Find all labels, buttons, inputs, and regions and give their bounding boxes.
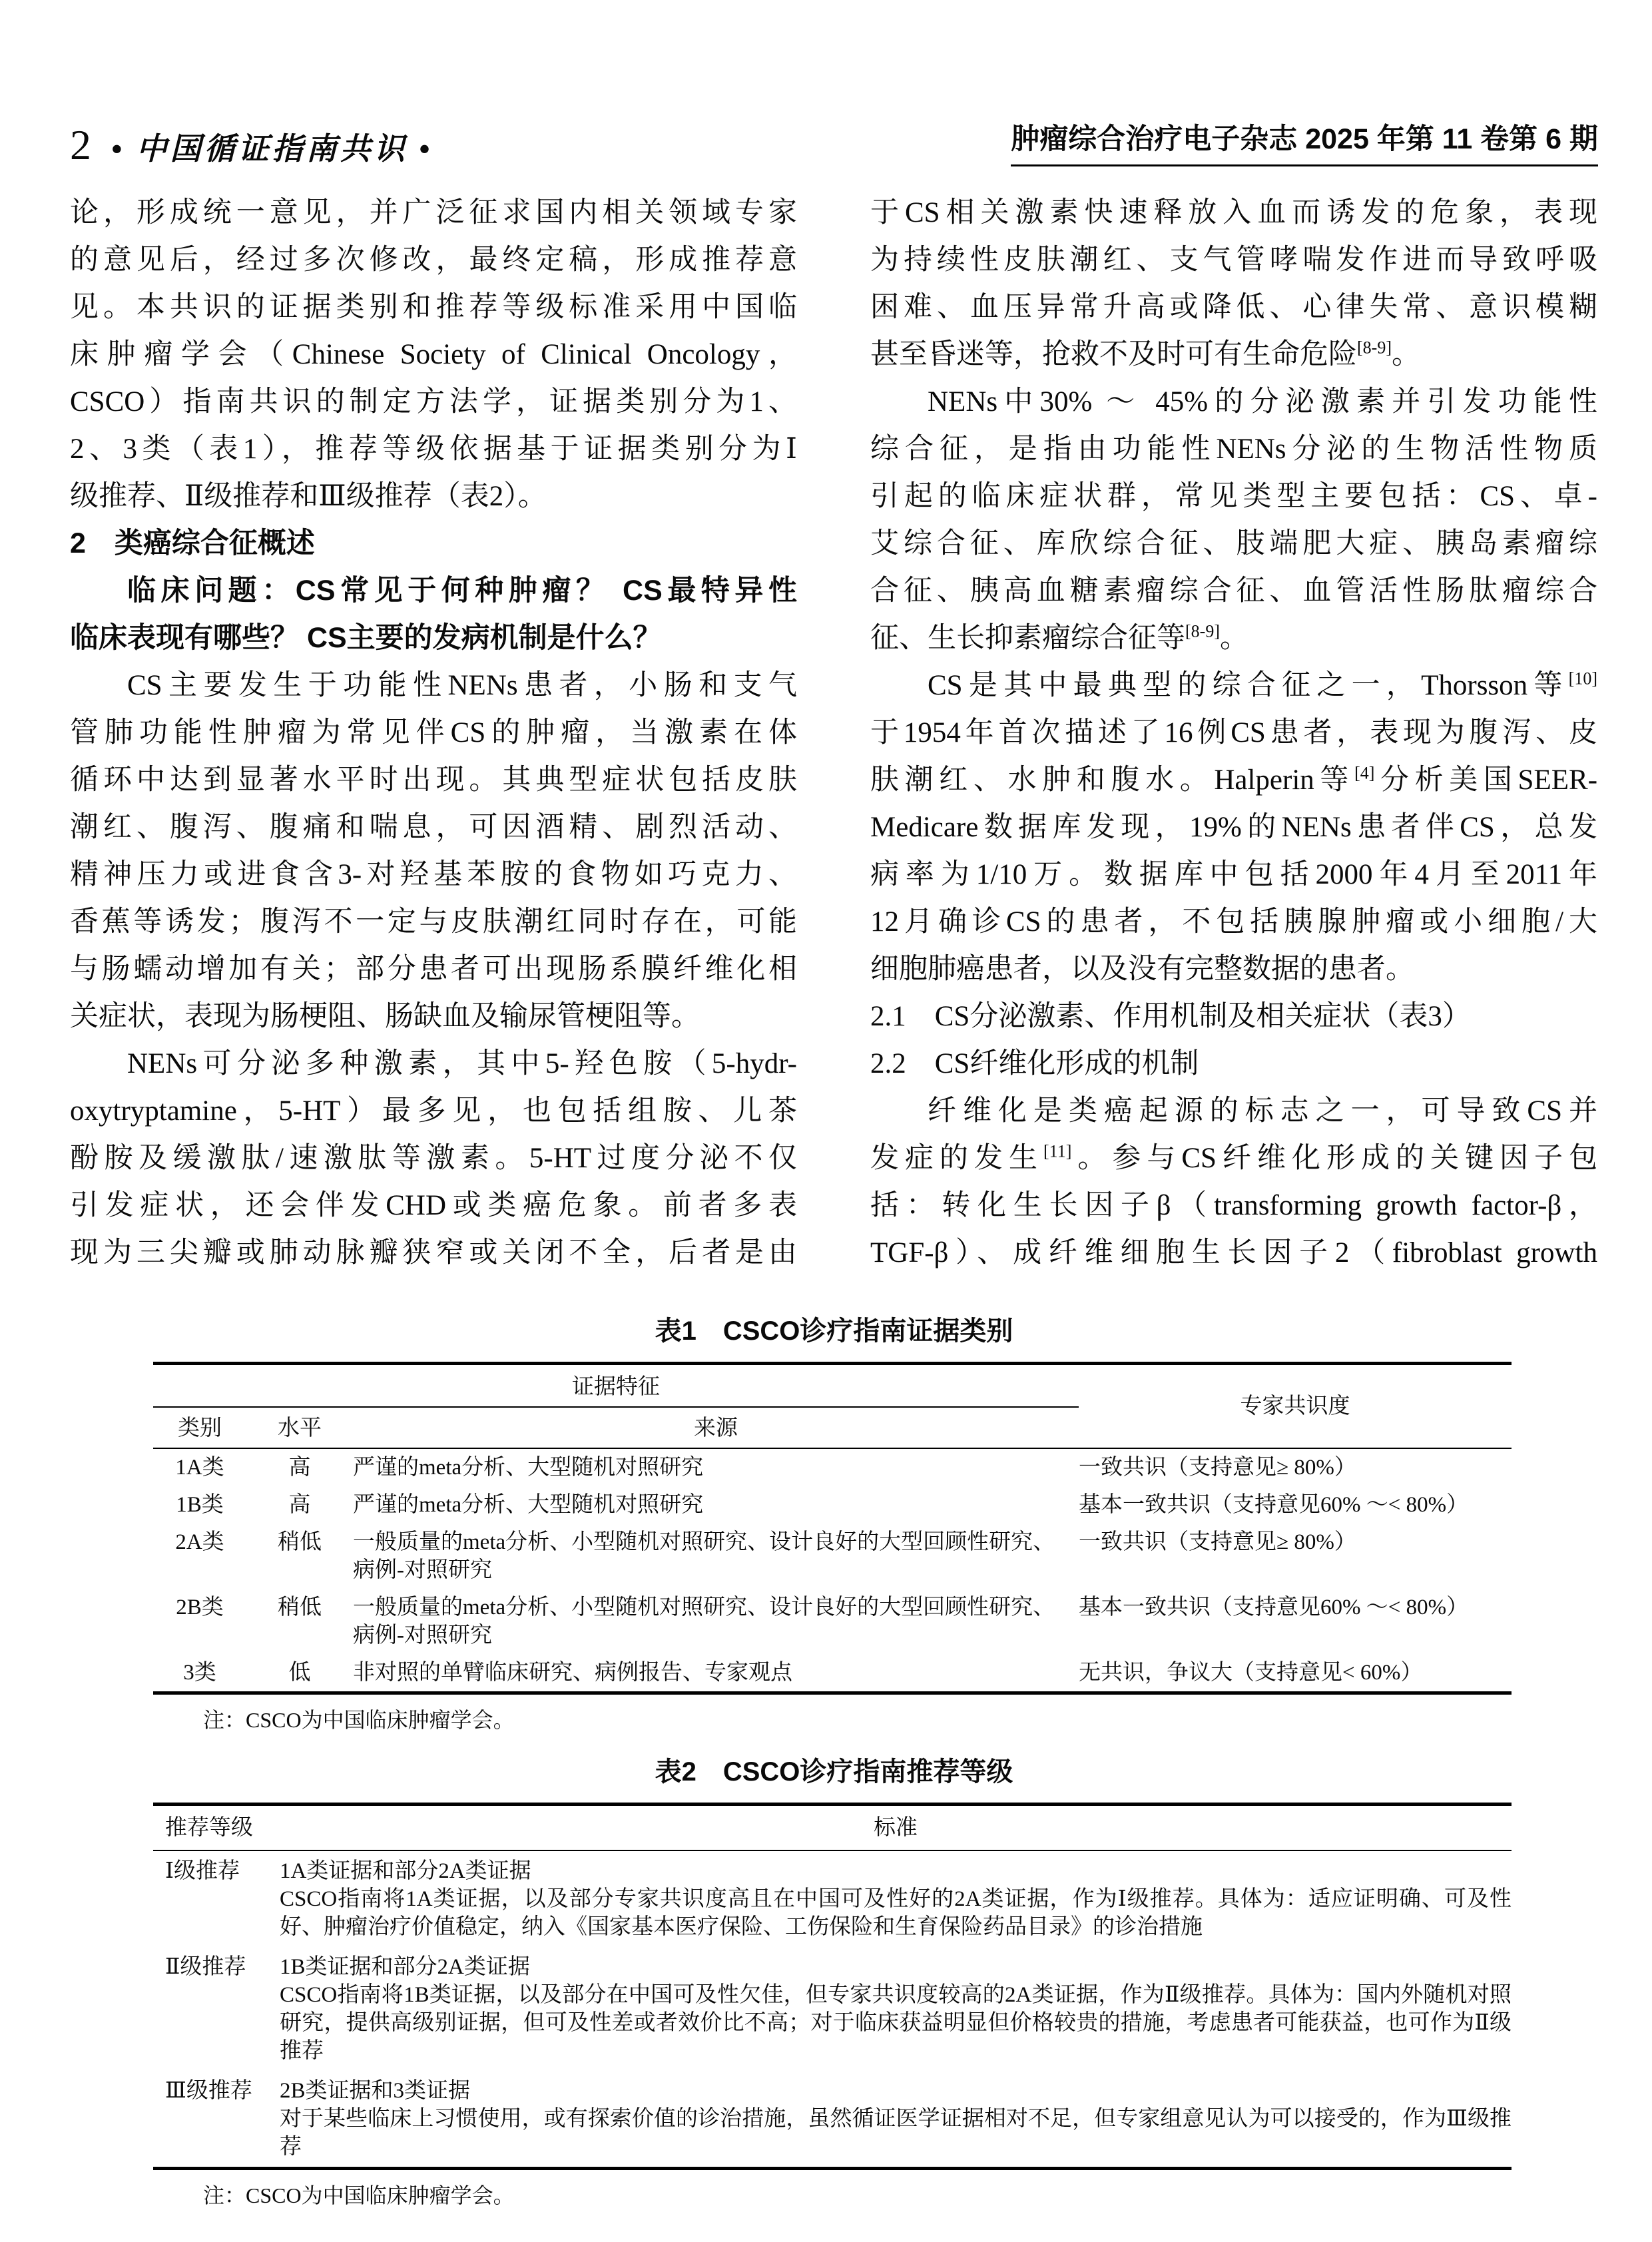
table-row: 3类 低 非对照的单臂临床研究、病例报告、专家观点 无共识，争议大（支持意见< … (153, 1654, 1512, 1691)
cell-source: 严谨的meta分析、大型随机对照研究 (353, 1454, 1079, 1482)
body-line: 为持续性皮肤潮红、支气管哮喘发作进而导致呼吸 (870, 236, 1597, 284)
cell-category: 1B类 (153, 1491, 246, 1519)
body-line: 于CS相关激素快速释放入血而诱发的危象，表现 (870, 189, 1597, 236)
line-text: 肤潮红、水肿和腹水。Halperin等 (870, 764, 1354, 796)
body-line: 发症的发生[11]。参与CS纤维化形成的关键因子包 (870, 1135, 1597, 1182)
body-line: 12月确诊CS的患者，不包括胰腺肿瘤或小细胞/大 (870, 898, 1597, 946)
cell-standard: 1A类证据和部分2A类证据 CSCO指南将1A类证据，以及部分专家共识度高且在中… (280, 1857, 1512, 1941)
reference-marker: [8-9] (1185, 622, 1220, 641)
column-header-grade: 推荐等级 (153, 1814, 280, 1842)
body-line: 见。本共识的证据类别和推荐等级标准采用中国临 (70, 284, 797, 331)
table1-header: 证据特征 类别 水平 来源 专家共识度 (153, 1365, 1512, 1449)
table1-subheader: 类别 水平 来源 (153, 1408, 1079, 1448)
table1-note: 注：CSCO为中国临床肿瘤学会。 (203, 1707, 1598, 1733)
line-text: CS是其中最典型的综合征之一，Thorsson等 (928, 670, 1569, 701)
table2-header: 推荐等级 标准 (153, 1806, 1512, 1851)
line-text: 发症的发生 (870, 1143, 1043, 1174)
body-line: 病率为1/10万。数据库中包括2000年4月至2011年 (870, 851, 1597, 898)
reference-marker: [10] (1569, 669, 1597, 689)
body-line: 细胞肺癌患者，以及没有完整数据的患者。 (870, 946, 1597, 993)
line-text: 。 (1220, 623, 1248, 654)
line-text: 甚至昏迷等，抢救不及时可有生命危险 (870, 339, 1357, 370)
body-line: 征、生长抑素瘤综合征等[8-9]。 (870, 615, 1597, 662)
column-header-standard: 标准 (280, 1814, 1512, 1842)
column-header-consensus: 专家共识度 (1079, 1365, 1512, 1448)
cell-source: 严谨的meta分析、大型随机对照研究 (353, 1491, 1079, 1519)
column-header-source: 来源 (353, 1414, 1079, 1442)
standard-evidence-line: 1B类证据和部分2A类证据 (280, 1953, 1512, 1981)
body-line: 精神压力或进食含3-对羟基苯胺的食物如巧克力、 (70, 851, 797, 898)
body-line: 潮红、腹泻、腹痛和喘息，可因酒精、剧烈活动、 (70, 804, 797, 851)
reference-marker: [4] (1354, 764, 1374, 783)
body-line: 于1954年首次描述了16例CS患者，表现为腹泻、皮 (870, 709, 1597, 756)
cell-standard: 1B类证据和部分2A类证据 CSCO指南将1B类证据，以及部分在中国可及性欠佳，… (280, 1953, 1512, 2065)
body-line: 论，形成统一意见，并广泛征求国内相关领域专家 (70, 189, 797, 236)
body-line: 床肿瘤学会（Chinese Society of Clinical Oncolo… (70, 331, 797, 378)
table2-note: 注：CSCO为中国临床肿瘤学会。 (203, 2182, 1598, 2209)
column-header-evidence-feature: 证据特征 (153, 1365, 1079, 1408)
table1: 证据特征 类别 水平 来源 专家共识度 1A类 高 严谨的meta分析、大型随机… (153, 1362, 1512, 1695)
body-line: CSCO）指南共识的制定方法学，证据类别分为1、 (70, 378, 797, 425)
table-row: 1B类 高 严谨的meta分析、大型随机对照研究 基本一致共识（支持意见60% … (153, 1486, 1512, 1524)
cell-grade: Ⅱ级推荐 (153, 1953, 280, 2065)
table-row: Ⅲ级推荐 2B类证据和3类证据 对于某些临床上习惯使用，或有探索价值的诊治措施，… (153, 2071, 1512, 2167)
body-line: 关症状，表现为肠梗阻、肠缺血及输尿管梗阻等。 (70, 993, 797, 1040)
cell-grade: Ⅰ级推荐 (153, 1857, 280, 1941)
cell-category: 1A类 (153, 1454, 246, 1482)
table1-title: 表1 CSCO诊疗指南证据类别 (70, 1315, 1598, 1347)
line-text: 。参与CS纤维化形成的关键因子包 (1071, 1143, 1597, 1174)
subsection-heading: 2.2 CS纤维化形成的机制 (870, 1040, 1597, 1087)
column-header-category: 类别 (153, 1414, 246, 1442)
line-text: 征、生长抑素瘤综合征等 (870, 623, 1185, 654)
standard-evidence-line: 2B类证据和3类证据 (280, 2077, 1512, 2105)
cell-level: 高 (246, 1491, 353, 1519)
body-line: 综合征，是指由功能性NENs分泌的生物活性物质 (870, 425, 1597, 473)
body-line: NENs可分泌多种激素，其中5-羟色胺（5-hydr- (70, 1040, 797, 1087)
running-title: • 中国循证指南共识 • (111, 134, 433, 164)
body-line: 纤维化是类癌起源的标志之一，可导致CS并 (870, 1087, 1597, 1135)
table1-evidence-group: 证据特征 类别 水平 来源 (153, 1365, 1079, 1448)
body-line: 引发症状，还会伴发CHD或类癌危象。前者多表 (70, 1182, 797, 1229)
body-line: 引起的临床症状群，常见类型主要包括：CS、卓- (870, 473, 1597, 520)
body-line: 2、3类（表1），推荐等级依据基于证据类别分为Ⅰ (70, 425, 797, 473)
body-line: 困难、血压异常升高或降低、心律失常、意识模糊 (870, 284, 1597, 331)
text-column-left: 论，形成统一意见，并广泛征求国内相关领域专家 的意见后，经过多次修改，最终定稿，… (70, 189, 797, 1276)
standard-evidence-line: 1A类证据和部分2A类证据 (280, 1857, 1512, 1885)
body-line: 括：转化生长因子β（transforming growth factor-β， (870, 1182, 1597, 1229)
cell-consensus: 无共识，争议大（支持意见< 60%） (1079, 1659, 1512, 1687)
reference-marker: [8-9] (1357, 338, 1392, 358)
body-line: 循环中达到显著水平时出现。其典型症状包括皮肤 (70, 756, 797, 804)
cell-level: 高 (246, 1454, 353, 1482)
column-header-level: 水平 (246, 1414, 353, 1442)
clinical-question-line: 临床问题：CS常见于何种肿瘤？ CS最特异性 (70, 567, 797, 615)
table-row: Ⅰ级推荐 1A类证据和部分2A类证据 CSCO指南将1A类证据，以及部分专家共识… (153, 1851, 1512, 1947)
table-row: Ⅱ级推荐 1B类证据和部分2A类证据 CSCO指南将1B类证据，以及部分在中国可… (153, 1947, 1512, 2071)
body-line: 与肠蠕动增加有关；部分患者可出现肠系膜纤维化相 (70, 946, 797, 993)
body-line: CS主要发生于功能性NENs患者，小肠和支气 (70, 662, 797, 709)
cell-level: 低 (246, 1659, 353, 1687)
body-line: CS是其中最典型的综合征之一，Thorsson等[10] (870, 662, 1597, 709)
standard-description: CSCO指南将1B类证据，以及部分在中国可及性欠佳，但专家共识度较高的2A类证据… (280, 1981, 1512, 2065)
body-columns: 论，形成统一意见，并广泛征求国内相关领域专家 的意见后，经过多次修改，最终定稿，… (70, 189, 1598, 1276)
body-line: 合征、胰高血糖素瘤综合征、血管活性肠肽瘤综合 (870, 567, 1597, 615)
standard-description: CSCO指南将1A类证据，以及部分专家共识度高且在中国可及性好的2A类证据，作为… (280, 1885, 1512, 1941)
cell-level: 稍低 (246, 1593, 353, 1649)
standard-description: 对于某些临床上习惯使用，或有探索价值的诊治措施，虽然循证医学证据相对不足，但专家… (280, 2105, 1512, 2161)
body-line: 酚胺及缓激肽/速激肽等激素。5-HT过度分泌不仅 (70, 1135, 797, 1182)
section-heading: 2 类癌综合征概述 (70, 520, 797, 567)
line-text: 。 (1392, 339, 1420, 370)
body-line: oxytryptamine，5-HT）最多见，也包括组胺、儿茶 (70, 1087, 797, 1135)
table-row: 1A类 高 严谨的meta分析、大型随机对照研究 一致共识（支持意见≥ 80%） (153, 1449, 1512, 1486)
body-line: 级推荐、Ⅱ级推荐和Ⅲ级推荐（表2）。 (70, 473, 797, 520)
cell-consensus: 一致共识（支持意见≥ 80%） (1079, 1528, 1512, 1584)
table2-title: 表2 CSCO诊疗指南推荐等级 (70, 1756, 1598, 1788)
page-header: 2 • 中国循证指南共识 • 肿瘤综合治疗电子杂志 2025 年第 11 卷第 … (70, 107, 1598, 166)
page-number: 2 (70, 124, 91, 166)
cell-source: 一般质量的meta分析、小型随机对照研究、设计良好的大型回顾性研究、病例-对照研… (353, 1593, 1079, 1649)
body-line: TGF-β）、成纤维细胞生长因子2（fibroblast growth (870, 1229, 1597, 1276)
clinical-question-line: 临床表现有哪些？ CS主要的发病机制是什么？ (70, 615, 797, 662)
cell-source: 一般质量的meta分析、小型随机对照研究、设计良好的大型回顾性研究、病例-对照研… (353, 1528, 1079, 1584)
body-line: NENs中30% ～ 45%的分泌激素并引发功能性 (870, 378, 1597, 425)
cell-consensus: 基本一致共识（支持意见60% ～< 80%） (1079, 1593, 1512, 1649)
reference-marker: [11] (1043, 1142, 1071, 1161)
body-line: 香蕉等诱发；腹泻不一定与皮肤潮红同时存在，可能 (70, 898, 797, 946)
table2: 推荐等级 标准 Ⅰ级推荐 1A类证据和部分2A类证据 CSCO指南将1A类证据，… (153, 1803, 1512, 2170)
cell-source: 非对照的单臂临床研究、病例报告、专家观点 (353, 1659, 1079, 1687)
subsection-heading: 2.1 CS分泌激素、作用机制及相关症状（表3） (870, 993, 1597, 1040)
cell-level: 稍低 (246, 1528, 353, 1584)
header-left: 2 • 中国循证指南共识 • (70, 124, 433, 166)
cell-consensus: 一致共识（支持意见≥ 80%） (1079, 1454, 1512, 1482)
body-line: 甚至昏迷等，抢救不及时可有生命危险[8-9]。 (870, 331, 1597, 378)
table-row: 2A类 稍低 一般质量的meta分析、小型随机对照研究、设计良好的大型回顾性研究… (153, 1524, 1512, 1589)
line-text: 分析美国SEER- (1374, 764, 1597, 796)
cell-category: 2B类 (153, 1593, 246, 1649)
journal-page: 2 • 中国循证指南共识 • 肿瘤综合治疗电子杂志 2025 年第 11 卷第 … (0, 0, 1652, 2242)
cell-category: 3类 (153, 1659, 246, 1687)
body-line: 肤潮红、水肿和腹水。Halperin等[4]分析美国SEER- (870, 756, 1597, 804)
cell-consensus: 基本一致共识（支持意见60% ～< 80%） (1079, 1491, 1512, 1519)
text-column-right: 于CS相关激素快速释放入血而诱发的危象，表现 为持续性皮肤潮红、支气管哮喘发作进… (870, 189, 1597, 1276)
body-line: 现为三尖瓣或肺动脉瓣狭窄或关闭不全，后者是由 (70, 1229, 797, 1276)
journal-issue-title: 肿瘤综合治疗电子杂志 2025 年第 11 卷第 6 期 (1011, 125, 1598, 166)
body-line: 的意见后，经过多次修改，最终定稿，形成推荐意 (70, 236, 797, 284)
body-line: Medicare数据库发现，19%的NENs患者伴CS，总发 (870, 804, 1597, 851)
table-row: 2B类 稍低 一般质量的meta分析、小型随机对照研究、设计良好的大型回顾性研究… (153, 1589, 1512, 1654)
cell-grade: Ⅲ级推荐 (153, 2077, 280, 2161)
cell-category: 2A类 (153, 1528, 246, 1584)
cell-standard: 2B类证据和3类证据 对于某些临床上习惯使用，或有探索价值的诊治措施，虽然循证医… (280, 2077, 1512, 2161)
body-line: 艾综合征、库欣综合征、肢端肥大症、胰岛素瘤综 (870, 520, 1597, 567)
body-line: 管肺功能性肿瘤为常见伴CS的肿瘤，当激素在体 (70, 709, 797, 756)
